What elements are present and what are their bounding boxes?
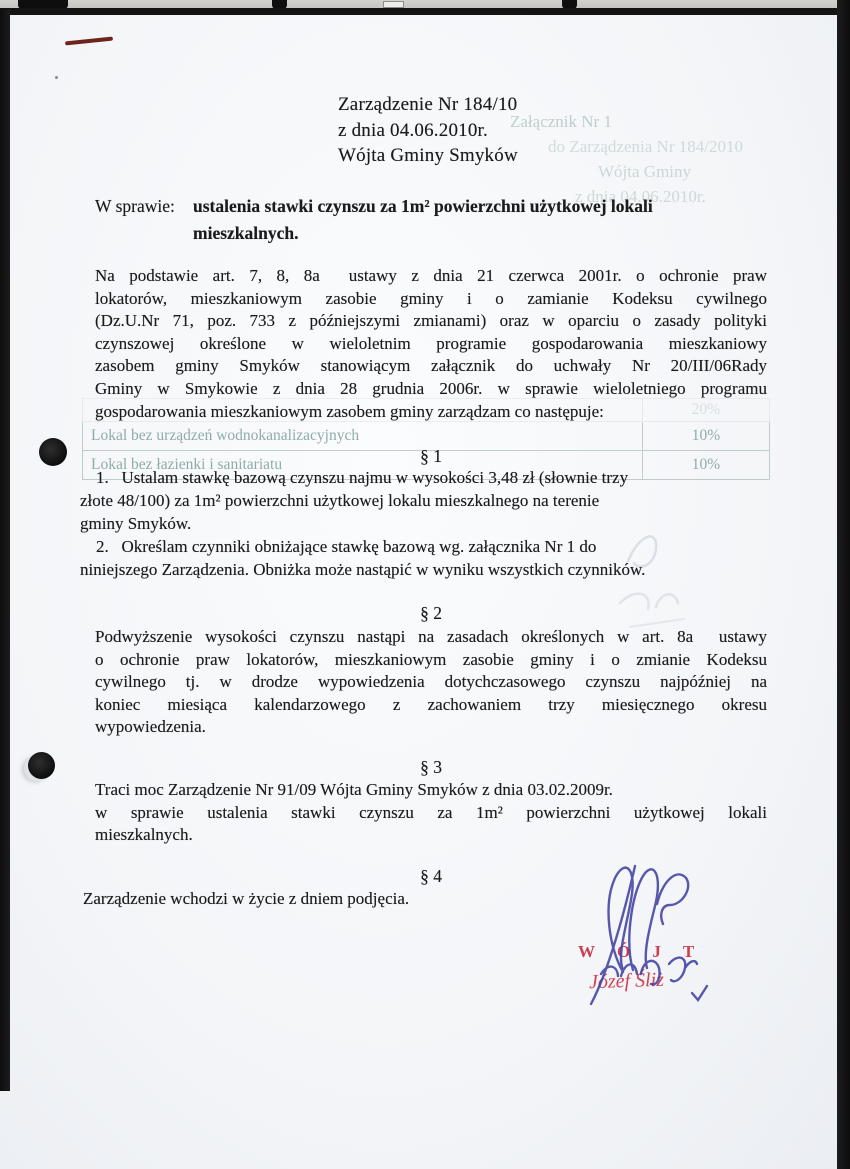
- document-title: Zarządzenie Nr 184/10z dnia 04.06.2010r.…: [338, 92, 518, 169]
- body-line: Na podstawie art. 7, 8, 8a ustawy z dnia…: [95, 265, 767, 288]
- body-line: wypowiedzenia.: [95, 716, 767, 739]
- title-line: Wójta Gminy Smyków: [338, 143, 518, 169]
- subject-label: W sprawie:: [95, 193, 193, 247]
- body-line: 1. Ustalam stawkę bazową czynszu najmu w…: [80, 466, 786, 489]
- body-line: Gminy w Smykowie z dnia 28 grudnia 2006r…: [95, 378, 767, 401]
- section-2-body: Podwyższenie wysokości czynszu nastąpi n…: [95, 626, 767, 739]
- title-line: Zarządzenie Nr 184/10: [338, 92, 518, 118]
- intro-paragraph: Na podstawie art. 7, 8, 8a ustawy z dnia…: [95, 265, 767, 423]
- body-line: niniejszego Zarządzenia. Obniżka może na…: [80, 558, 770, 581]
- body-line: złote 48/100) za 1m² powierzchni użytkow…: [80, 489, 770, 512]
- subject-block: W sprawie: ustalenia stawki czynszu za 1…: [95, 193, 775, 247]
- body-line: lokatorów, mieszkaniowym zasobie gminy i…: [95, 288, 767, 311]
- body-line: Traci moc Zarządzenie Nr 91/09 Wójta Gmi…: [95, 779, 767, 802]
- subject-line: mieszkalnych.: [193, 220, 653, 247]
- subject-text: ustalenia stawki czynszu za 1m² powierzc…: [193, 193, 653, 247]
- body-line: w sprawie ustalenia stawki czynszu za 1m…: [95, 802, 767, 825]
- section-2-heading: § 2: [95, 603, 767, 624]
- subject-line: ustalenia stawki czynszu za 1m² powierzc…: [193, 193, 653, 220]
- signature-block: W Ó J T Józef Śliż: [545, 852, 765, 1022]
- body-line: gminy Smyków.: [80, 512, 770, 535]
- body-line: czynszowej określone w wieloletnim progr…: [95, 333, 767, 356]
- body-line: gospodarowania mieszkaniowym zasobem gmi…: [95, 401, 767, 424]
- section-3-body: Traci moc Zarządzenie Nr 91/09 Wójta Gmi…: [95, 779, 767, 847]
- body-line: mieszkalnych.: [95, 824, 767, 847]
- handwritten-signature: [545, 852, 765, 1022]
- body-line: koniec miesiąca kalendarzowego z zachowa…: [95, 694, 767, 717]
- section-1-body: 1. Ustalam stawkę bazową czynszu najmu w…: [80, 466, 770, 581]
- body-line: zasobem gminy Smyków stanowiącym załączn…: [95, 355, 767, 378]
- section-1-heading: § 1: [95, 446, 767, 467]
- body-line: cywilnego tj. w drodze wypowiedzenia dot…: [95, 671, 767, 694]
- body-line: 2. Określam czynniki obniżające stawkę b…: [80, 535, 786, 558]
- body-line: o ochronie praw lokatorów, mieszkaniowym…: [95, 649, 767, 672]
- section-3-heading: § 3: [95, 757, 767, 778]
- body-line: (Dz.U.Nr 71, poz. 733 z późniejszymi zmi…: [95, 310, 767, 333]
- scanned-document-page: Załącznik Nr 1 do Zarządzenia Nr 184/201…: [0, 0, 850, 1169]
- title-line: z dnia 04.06.2010r.: [338, 118, 518, 144]
- body-line: Podwyższenie wysokości czynszu nastąpi n…: [95, 626, 767, 649]
